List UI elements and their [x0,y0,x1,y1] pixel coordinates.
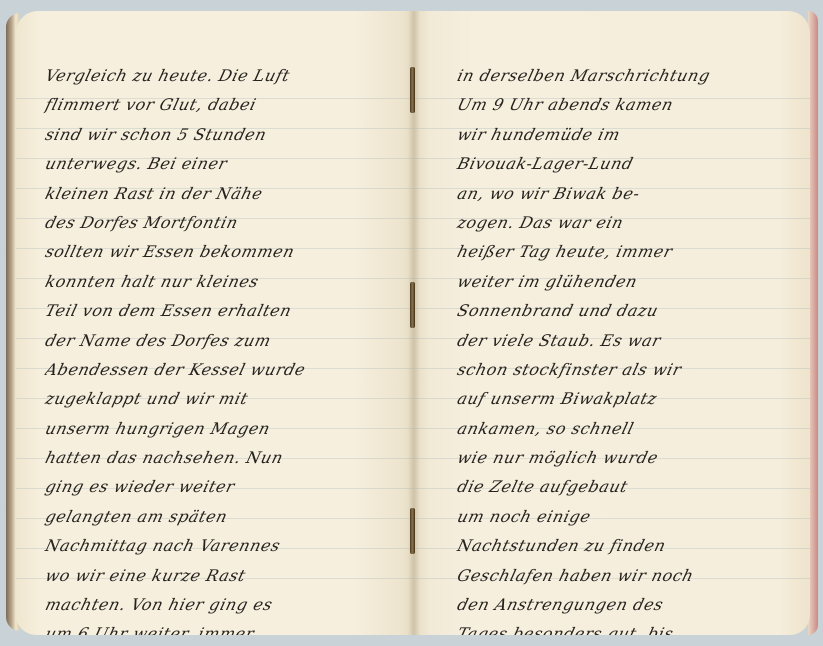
handwritten-line: unserm hungrigen Magen [42,414,407,443]
handwritten-line: Abendessen der Kessel wurde [42,355,407,384]
handwritten-line: um noch einige [454,502,801,531]
staple-icon [410,282,415,328]
handwritten-line: den Anstrengungen des [454,590,801,619]
handwritten-line: kleinen Rast in der Nähe [42,179,407,208]
handwritten-line: unterwegs. Bei einer [42,149,407,178]
handwritten-line: Vergleich zu heute. Die Luft [42,61,407,90]
handwritten-line: Geschlafen haben wir noch [454,561,801,590]
handwritten-line: der viele Staub. Es war [454,326,801,355]
handwritten-line: in derselben Marschrichtung [454,61,801,90]
handwritten-line: machten. Von hier ging es [42,590,407,619]
handwritten-text-left: Vergleich zu heute. Die Luftflimmert vor… [42,61,400,635]
handwritten-line: Tages besonders gut, bis [454,619,801,635]
handwritten-line: schon stockfinster als wir [454,355,801,384]
handwritten-line: zugeklappt und wir mit [42,384,407,413]
handwritten-line: ankamen, so schnell [454,414,801,443]
handwritten-line: an, wo wir Biwak be- [454,179,801,208]
handwritten-line: Bivouak-Lager-Lund [454,149,801,178]
open-notebook: Vergleich zu heute. Die Luftflimmert vor… [6,5,818,641]
handwritten-line: ging es wieder weiter [42,472,407,501]
handwritten-line: wie nur möglich wurde [454,443,801,472]
handwritten-line: weiter im glühenden [454,267,801,296]
handwritten-text-right: in derselben MarschrichtungUm 9 Uhr aben… [454,61,794,635]
handwritten-line: die Zelte aufgebaut [454,472,801,501]
handwritten-line: heißer Tag heute, immer [454,237,801,266]
handwritten-line: der Name des Dorfes zum [42,326,407,355]
handwritten-line: gelangten am späten [42,502,407,531]
handwritten-line: wo wir eine kurze Rast [42,561,407,590]
handwritten-line: konnten halt nur kleines [42,267,407,296]
handwritten-line: flimmert vor Glut, dabei [42,90,407,119]
handwritten-line: Sonnenbrand und dazu [454,296,801,325]
staple-icon [410,508,415,554]
handwritten-line: auf unserm Biwakplatz [454,384,801,413]
handwritten-line: des Dorfes Mortfontin [42,208,407,237]
handwritten-line: sind wir schon 5 Stunden [42,120,407,149]
staple-icon [410,67,415,113]
handwritten-line: Um 9 Uhr abends kamen [454,90,801,119]
handwritten-line: Nachtstunden zu finden [454,531,801,560]
right-page: in derselben MarschrichtungUm 9 Uhr aben… [414,11,810,635]
handwritten-line: um 6 Uhr weiter, immer [42,619,407,635]
handwritten-line: sollten wir Essen bekommen [42,237,407,266]
handwritten-line: Nachmittag nach Varennes [42,531,407,560]
left-page: Vergleich zu heute. Die Luftflimmert vor… [16,11,414,635]
handwritten-line: zogen. Das war ein [454,208,801,237]
handwritten-line: wir hundemüde im [454,120,801,149]
handwritten-line: Teil von dem Essen erhalten [42,296,407,325]
handwritten-line: hatten das nachsehen. Nun [42,443,407,472]
